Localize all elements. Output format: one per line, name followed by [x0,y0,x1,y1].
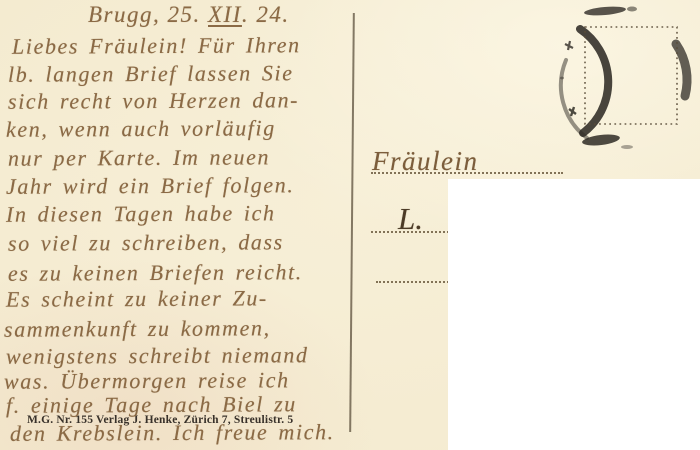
message-line: sich recht von Herzen dan- [8,87,299,115]
redaction-block [448,179,700,450]
date-month-roman: XII [208,2,242,27]
address-dotted-line-3 [376,281,449,283]
message-line: lb. langen Brief lassen Sie [8,60,294,87]
message-line: ken, wenn auch vorläufig [6,115,276,142]
message-line: Es scheint zu keiner Zu- [6,285,268,312]
message-line: Liebes Fräulein! Für Ihren [12,32,301,60]
postmark [535,0,700,160]
message-line: sammenkunft zu kommen, [4,315,271,342]
addressee-salutation: Fräulein [372,146,479,177]
message-line: es zu keinen Briefen reicht. [8,259,303,287]
message-line: nur per Karte. Im neuen [8,144,270,171]
date-line: Brugg, 25. XII. 24. [88,2,290,28]
addressee-initial: L. [398,201,423,237]
message-line: In diesen Tagen habe ich [6,200,276,227]
message-line: f. einige Tage nach Biel zu [6,391,297,419]
date-place-day: Brugg, 25. [88,2,208,27]
message-line: wenigstens schreibt niemand [6,342,309,370]
divider-line [349,13,354,432]
postcard: Brugg, 25. XII. 24. Liebes Fräulein! Für… [0,0,700,450]
date-year: . 24. [242,2,290,27]
message-line: Jahr wird ein Brief folgen. [6,172,295,200]
message-line: so viel zu schreiben, dass [8,229,284,256]
message-line: den Krebslein. Ich freue mich. [10,419,335,447]
